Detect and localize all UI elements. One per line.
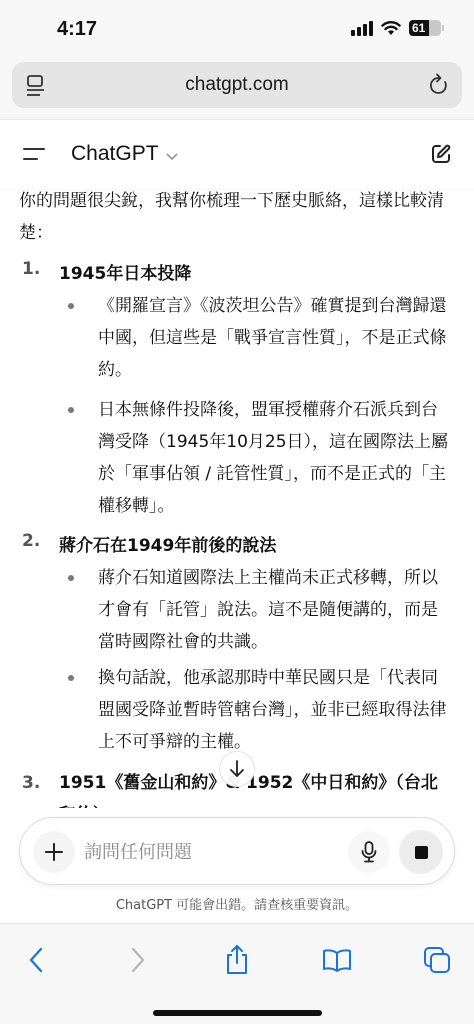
chevron-down-icon bbox=[165, 151, 179, 161]
new-chat-edit-icon[interactable] bbox=[430, 143, 452, 165]
sidebar-menu-icon[interactable] bbox=[22, 146, 46, 162]
arrow-down-icon bbox=[228, 759, 246, 779]
status-bar: 4:17 61 bbox=[0, 0, 474, 60]
address-bar[interactable]: chatgpt.com bbox=[12, 62, 462, 108]
home-indicator bbox=[153, 1010, 322, 1016]
plus-icon bbox=[44, 842, 64, 862]
share-icon bbox=[224, 944, 250, 976]
browser-address-area: chatgpt.com bbox=[0, 60, 474, 120]
bookmarks-icon bbox=[321, 947, 353, 973]
app-title: ChatGPT bbox=[71, 142, 159, 166]
stop-generating-button[interactable] bbox=[399, 830, 443, 874]
stop-icon bbox=[415, 846, 428, 859]
voice-input-button[interactable] bbox=[348, 831, 390, 873]
bookmarks-button[interactable] bbox=[317, 944, 357, 976]
tabs-icon bbox=[422, 945, 452, 975]
composer bbox=[19, 817, 455, 885]
app-header: ChatGPT bbox=[0, 121, 474, 189]
status-time: 4:17 bbox=[57, 18, 97, 41]
bullet-icon bbox=[68, 303, 74, 309]
browser-toolbar bbox=[0, 923, 474, 1024]
tabs-button[interactable] bbox=[417, 944, 457, 976]
model-selector[interactable]: ChatGPT bbox=[71, 142, 179, 166]
chat-message: 你的問題很尖銳，我幫你梳理一下歷史脈絡，這樣比較清楚： 1. 1945年日本投降… bbox=[0, 181, 474, 811]
share-button[interactable] bbox=[217, 944, 257, 976]
forward-icon bbox=[130, 947, 146, 973]
message-input[interactable] bbox=[84, 838, 334, 866]
status-icons: 61 bbox=[351, 20, 444, 36]
scroll-to-bottom-button[interactable] bbox=[219, 751, 255, 787]
section-heading: 2. 蔣介石在1949年前後的說法 bbox=[22, 531, 276, 556]
back-icon bbox=[28, 947, 44, 973]
back-button[interactable] bbox=[16, 944, 56, 976]
message-intro: 你的問題很尖銳，我幫你梳理一下歷史脈絡，這樣比較清楚： bbox=[19, 185, 459, 249]
section-heading: 1. 1945年日本投降 bbox=[22, 259, 191, 284]
url-text[interactable]: chatgpt.com bbox=[185, 74, 289, 96]
battery-icon: 61 bbox=[409, 20, 444, 36]
reload-icon[interactable] bbox=[428, 73, 450, 97]
bullet-icon bbox=[68, 407, 74, 413]
cellular-signal-icon bbox=[351, 20, 373, 36]
forward-button[interactable] bbox=[118, 944, 158, 976]
reader-mode-icon[interactable] bbox=[26, 75, 46, 97]
bullet-icon bbox=[68, 575, 74, 581]
battery-percent: 61 bbox=[409, 21, 441, 35]
wifi-icon bbox=[381, 20, 401, 36]
attach-button[interactable] bbox=[33, 831, 75, 873]
disclaimer: ChatGPT 可能會出錯。請查核重要資訊。 bbox=[0, 894, 474, 913]
bullet-icon bbox=[68, 675, 74, 681]
microphone-icon bbox=[360, 840, 378, 864]
composer-area: ChatGPT 可能會出錯。請查核重要資訊。 bbox=[0, 808, 474, 924]
